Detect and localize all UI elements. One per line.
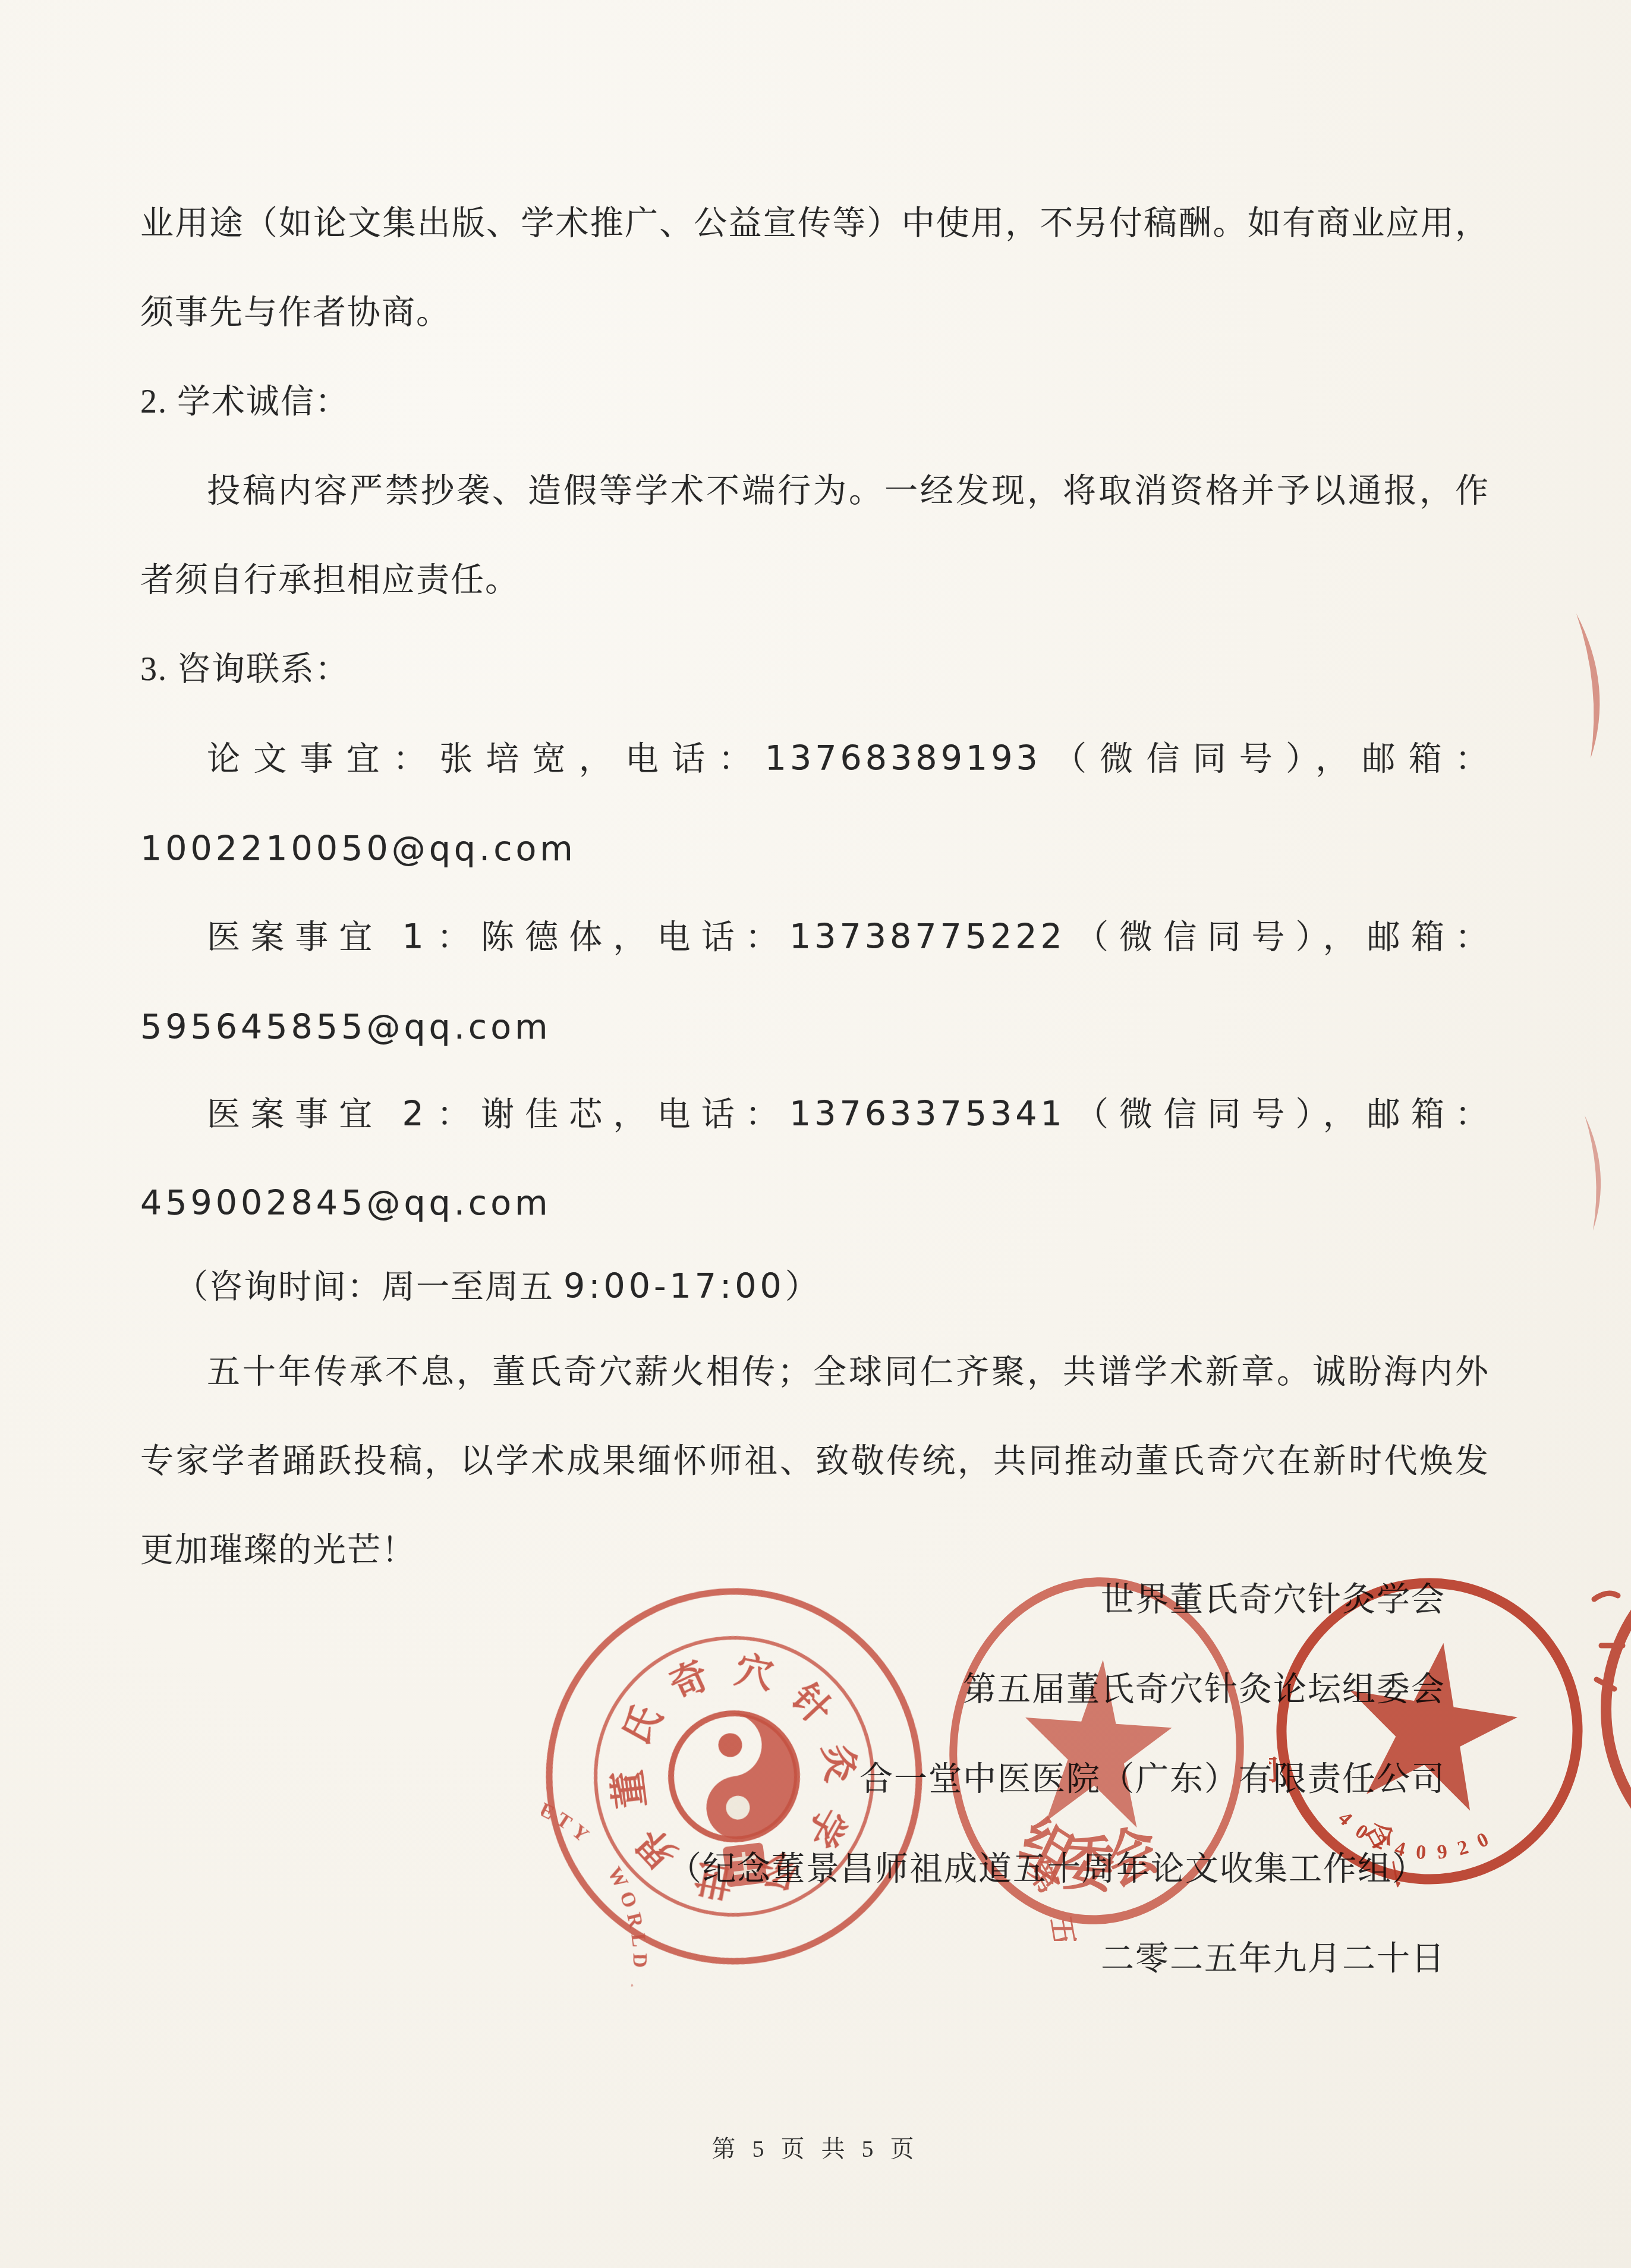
svg-text:针: 针	[783, 1676, 840, 1732]
svg-text:奇: 奇	[663, 1653, 716, 1707]
red-crescent-artifact-upper	[1557, 606, 1623, 767]
svg-text:0: 0	[1473, 1828, 1492, 1852]
society-seal-square-mark	[722, 1842, 767, 1888]
contact-cases1-label2: ：陈德体，电话：	[427, 919, 789, 956]
page-number: 第 5 页 共 5 页	[0, 2130, 1631, 2164]
document-page: 业用途（如论文集出版、学术推广、公益宣传等）中使用，不另付稿酬。如有商业应用， …	[0, 0, 1631, 2268]
signature-date: 二零二五年九月二十日	[1101, 1937, 1446, 1980]
society-seal: WORLD DONG'S QI POINT ACUPUNCTURE ACUPUN…	[515, 1558, 953, 1995]
edge-seal-fragment	[1585, 1558, 1631, 1914]
contact-papers-suffix: （微信同号），邮箱：	[1041, 741, 1490, 778]
consult-hours-line: （咨询时间：周一至周五 9:00-17:00）	[140, 1265, 1490, 1308]
red-crescent-shape	[1576, 614, 1599, 759]
contact-cases2-label2: ：谢佳芯，电话：	[427, 1096, 789, 1133]
contact-line-cases1: 医案事宜 1：陈德体，电话：13738775222（微信同号），邮箱：	[140, 916, 1490, 959]
company-seal: 合一堂中医医院（广东）有限责任公司 4 0 2 4 0 9 2 0	[1269, 1571, 1590, 1892]
taiji-icon	[664, 1706, 804, 1847]
contact-cases1-suffix: （微信同号），邮箱：	[1066, 919, 1490, 956]
svg-text:氏: 氏	[614, 1698, 670, 1752]
svg-text:4: 4	[1334, 1807, 1356, 1830]
closing-line3: 更加璀璨的光芒！	[140, 1529, 1490, 1572]
contact-line-cases2: 医案事宜 2：谢佳芯，电话：13763375341（微信同号），邮箱：	[140, 1093, 1490, 1136]
paragraph-usage-line2: 须事先与作者协商。	[140, 291, 1490, 334]
contact-line-papers: 论文事宜：张培宽，电话：13768389193（微信同号），邮箱：	[140, 737, 1490, 781]
closing-line2: 专家学者踊跃投稿，以学术成果缅怀师祖、致敬传统，共同推动董氏奇穴在新时代焕发	[140, 1440, 1490, 1483]
contact-papers-email: 1002210050@qq.com	[140, 828, 1490, 870]
heading-academic-integrity: 2. 学术诚信：	[140, 380, 1490, 423]
red-crescent-artifact-lower	[1570, 1111, 1625, 1237]
contact-cases2-label: 医案事宜	[207, 1096, 402, 1133]
contact-cases2-email: 459002845@qq.com	[140, 1182, 1490, 1225]
svg-text:灸: 灸	[815, 1742, 862, 1785]
svg-text:9: 9	[1436, 1841, 1449, 1864]
forum-seal-star-icon	[1018, 1654, 1176, 1829]
consult-hours-close: ）	[785, 1269, 820, 1306]
heading-contact: 3. 咨询联系：	[140, 648, 1490, 691]
svg-text:穴: 穴	[732, 1649, 777, 1697]
company-seal-star-icon	[1334, 1630, 1527, 1816]
edge-seal-fragment-group	[1594, 1558, 1631, 1885]
svg-text:学: 学	[799, 1801, 854, 1854]
red-crescent-shape	[1585, 1115, 1601, 1231]
contact-cases1-label: 医案事宜	[207, 919, 402, 956]
edge-seal-mark1	[1594, 1593, 1618, 1599]
svg-text:界: 界	[628, 1820, 685, 1876]
contact-cases1-number: 1	[402, 917, 427, 957]
contact-papers-phone: 13768389193	[765, 739, 1041, 778]
svg-text:2: 2	[1455, 1836, 1471, 1860]
closing-line1: 五十年传承不息，董氏奇穴薪火相传；全球同仁齐聚，共谱学术新章。诚盼海内外	[140, 1351, 1490, 1393]
forum-seal-group: 第五届董氏奇穴针灸国际论坛 组 委 会	[945, 1562, 1248, 1941]
contact-cases2-phone: 13763375341	[789, 1094, 1066, 1134]
contact-cases1-phone: 13738775222	[789, 917, 1066, 957]
edge-seal-arc	[1606, 1558, 1631, 1885]
society-seal-group: WORLD DONG'S QI POINT ACUPUNCTURE ACUPUN…	[515, 1570, 953, 1995]
svg-text:董: 董	[606, 1768, 653, 1811]
consult-hours-time: 9:00-17:00	[563, 1267, 785, 1306]
consult-hours-label: （咨询时间：周一至周五	[175, 1269, 563, 1306]
contact-cases2-number: 2	[402, 1094, 427, 1134]
paragraph-usage-line1: 业用途（如论文集出版、学术推广、公益宣传等）中使用，不另付稿酬。如有商业应用，	[140, 202, 1490, 245]
paragraph-integrity-line2: 者须自行承担相应责任。	[140, 559, 1490, 602]
paragraph-integrity-line1: 投稿内容严禁抄袭、造假等学术不端行为。一经发现，将取消资格并予以通报，作	[140, 470, 1490, 512]
contact-papers-label: 论文事宜：张培宽，电话：	[207, 741, 765, 778]
contact-cases1-email: 595645855@qq.com	[140, 1006, 1490, 1049]
company-seal-group: 合一堂中医医院（广东）有限责任公司 4 0 2 4 0 9 2 0	[1269, 1571, 1590, 1892]
forum-seal: 第五届董氏奇穴针灸国际论坛 组 委 会	[945, 1561, 1248, 1941]
contact-cases2-suffix: （微信同号），邮箱：	[1066, 1096, 1490, 1133]
svg-text:0: 0	[1415, 1841, 1427, 1864]
